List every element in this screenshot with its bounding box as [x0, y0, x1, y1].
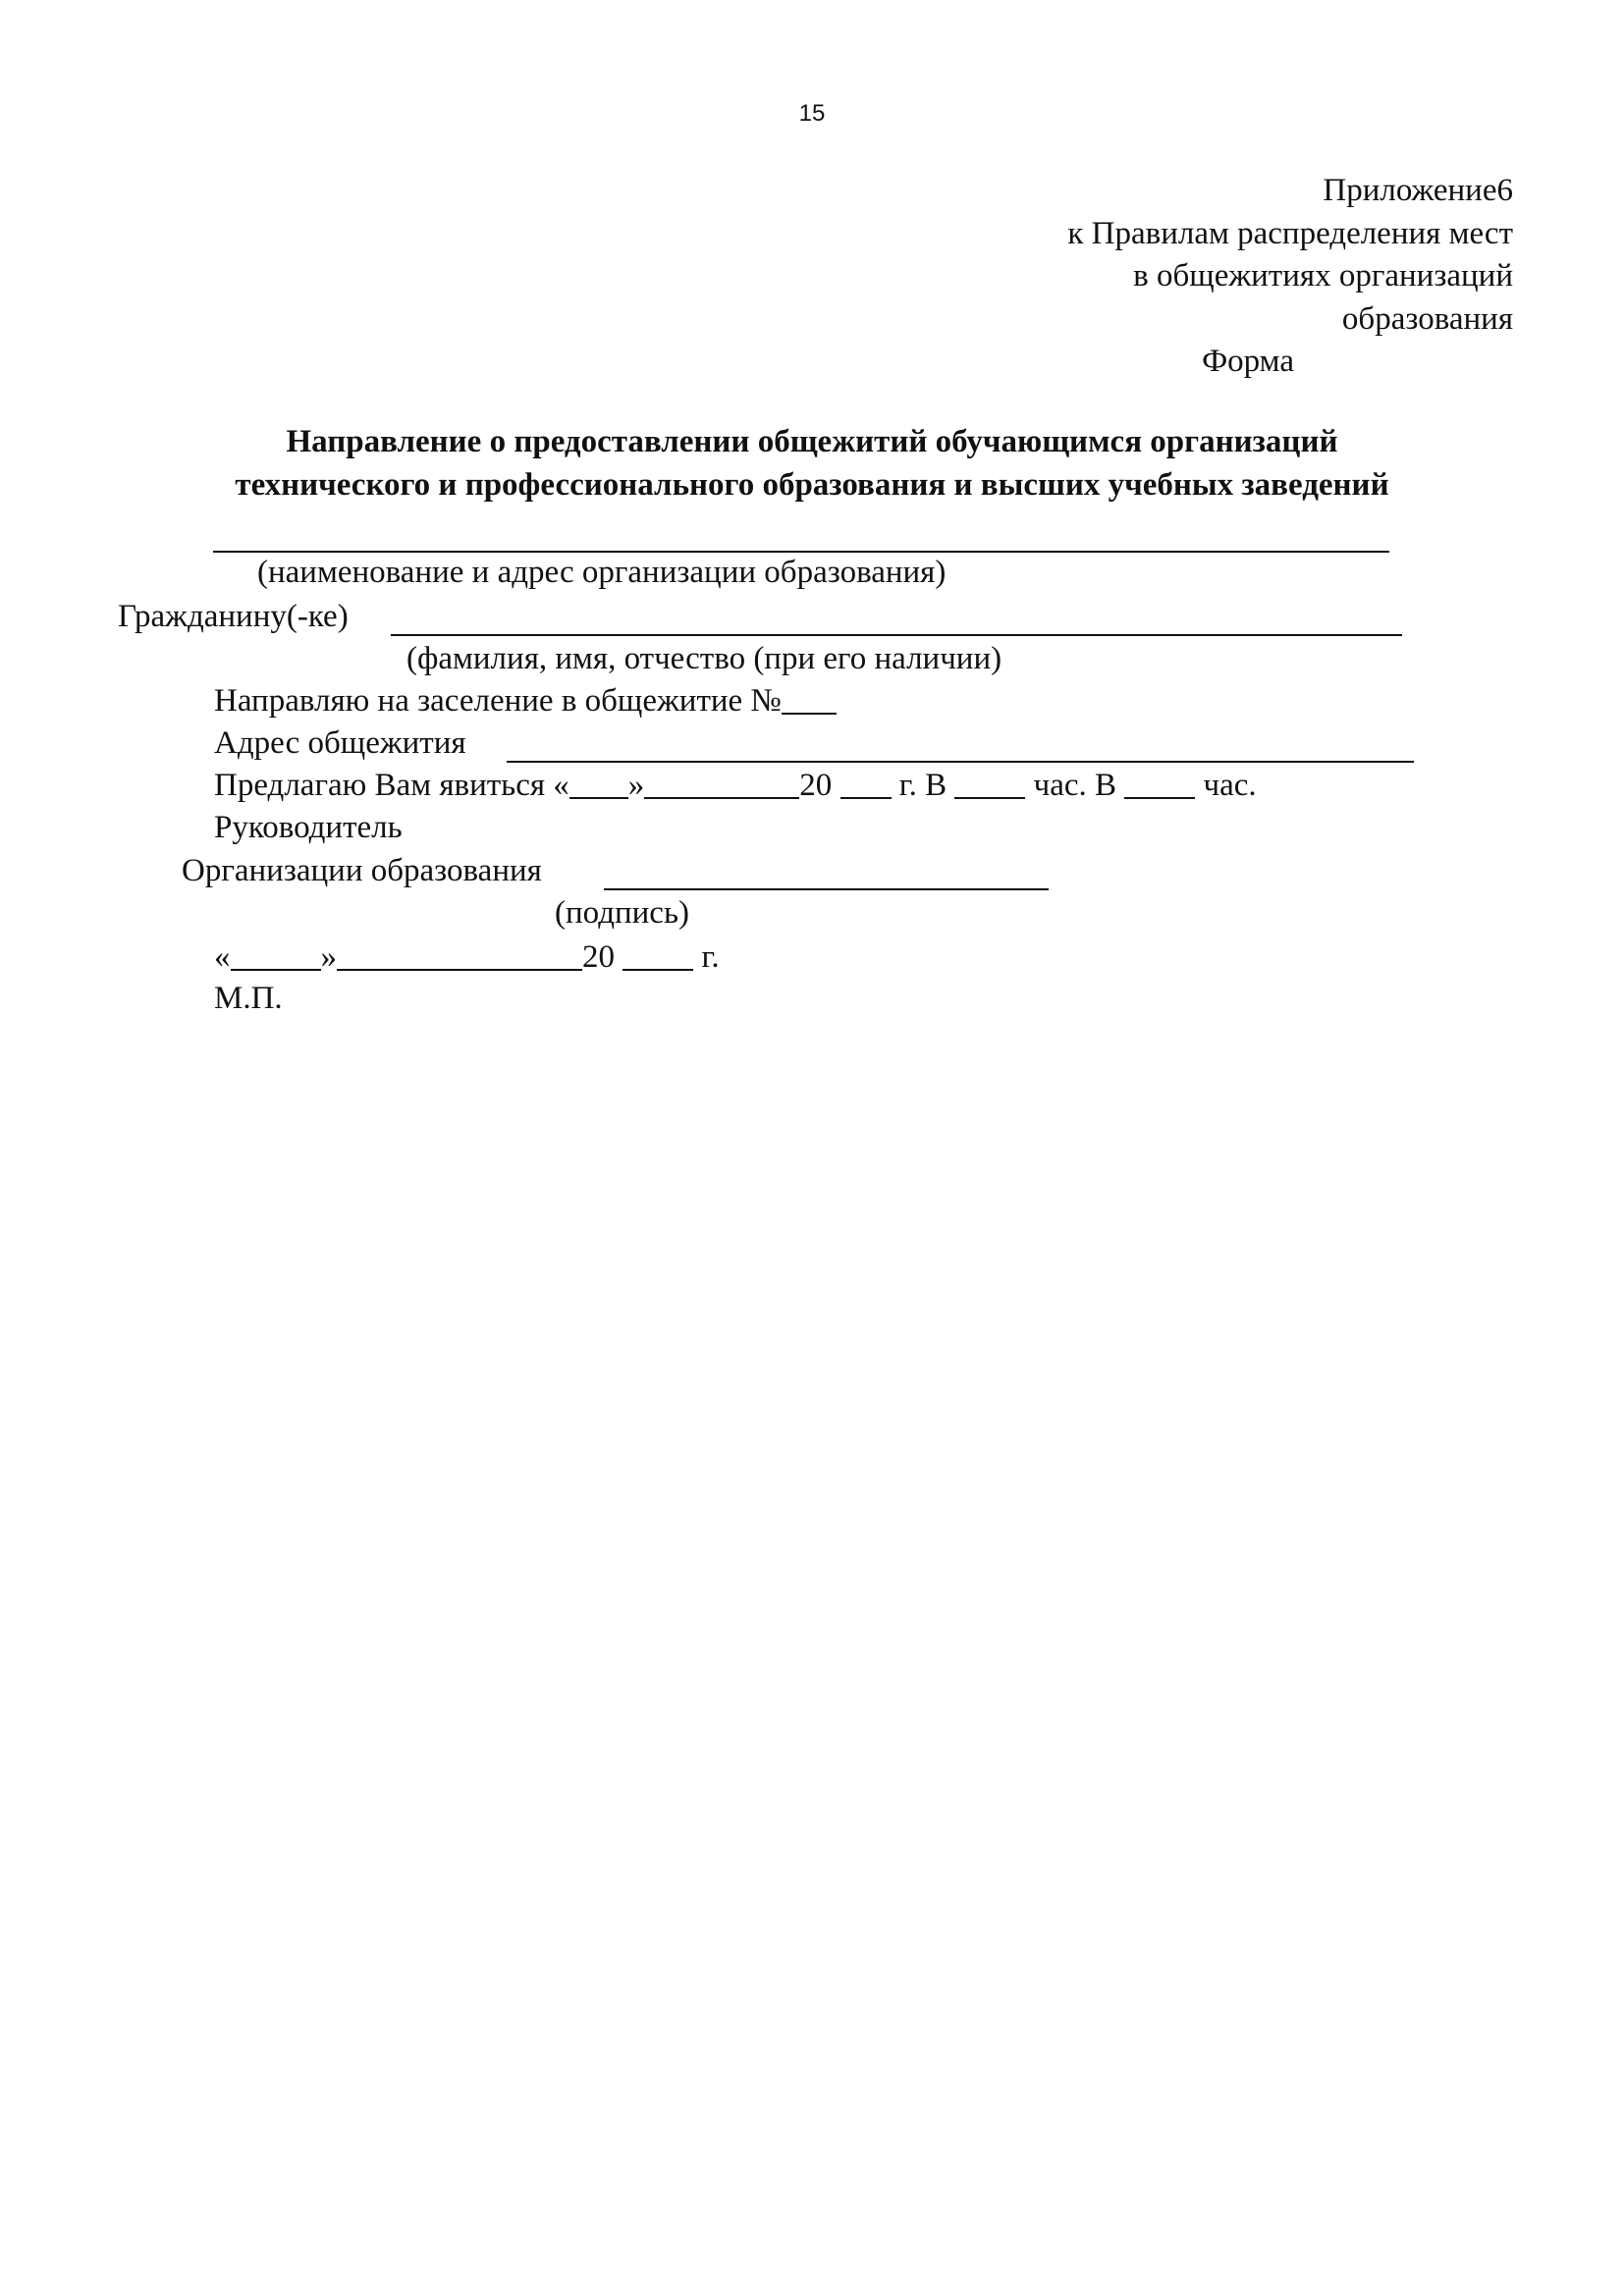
appendix-line-2: к Правилам распределения мест: [1067, 213, 1513, 256]
organization-caption: (наименование и адрес организации образо…: [257, 553, 946, 592]
signing-date-quote-close: »: [321, 939, 338, 975]
appearance-label: Предлагаю Вам явиться «: [214, 768, 569, 803]
citizen-caption: (фамилия, имя, отчество (при его наличии…: [406, 639, 1001, 678]
appearance-year-field[interactable]: [840, 770, 892, 799]
signature-field[interactable]: [604, 888, 1049, 890]
appearance-hour-from-suffix: час. В: [1025, 768, 1124, 803]
signing-month-field[interactable]: [337, 941, 582, 971]
appearance-year-prefix: 20: [799, 768, 832, 803]
dorm-address-field[interactable]: [507, 761, 1414, 763]
appendix-line-4: образования: [1067, 298, 1513, 342]
appendix-line-1: Приложение6: [1067, 170, 1513, 213]
seal-label: М.П.: [214, 979, 283, 1018]
organization-label: Организации образования: [182, 851, 542, 890]
dorm-address-label: Адрес общежития: [214, 723, 466, 763]
appearance-row: Предлагаю Вам явиться «»20 г. В час. В ч…: [214, 766, 1257, 805]
dorm-number-field[interactable]: [782, 685, 837, 715]
appearance-month-field[interactable]: [644, 770, 799, 799]
signature-caption: (подпись): [555, 893, 689, 933]
signing-year-prefix: 20: [582, 939, 615, 975]
appearance-hour-to-field[interactable]: [1124, 770, 1195, 799]
document-title-line-1: Направление о предоставлении общежитий о…: [0, 420, 1624, 463]
dorm-number-label: Направляю на заселение в общежитие №: [214, 683, 782, 719]
appearance-hour-from-field[interactable]: [954, 770, 1025, 799]
appendix-header: Приложение6 к Правилам распределения мес…: [1067, 170, 1513, 384]
document-title-line-2: технического и профессионального образов…: [0, 463, 1624, 507]
signing-day-field[interactable]: [231, 941, 321, 971]
signing-date-quote-open: «: [214, 939, 231, 975]
appearance-day-field[interactable]: [569, 770, 628, 799]
signing-year-suffix: г.: [693, 939, 719, 975]
citizen-name-field[interactable]: [391, 634, 1402, 636]
page-number: 15: [0, 99, 1624, 129]
appearance-quote-close: »: [628, 768, 645, 803]
signing-date-row: «»20 г.: [214, 937, 720, 977]
appearance-hour-to-suffix: час.: [1195, 768, 1256, 803]
dorm-number-row: Направляю на заселение в общежитие №: [214, 681, 837, 721]
appearance-year-suffix: г. В: [892, 768, 955, 803]
citizen-label: Гражданину(-ке): [118, 597, 349, 636]
signing-year-field[interactable]: [623, 941, 693, 971]
head-label: Руководитель: [214, 808, 403, 847]
document-title: Направление о предоставлении общежитий о…: [0, 420, 1624, 507]
appendix-line-3: в общежитиях организаций: [1067, 255, 1513, 298]
form-label: Форма: [1067, 341, 1513, 384]
